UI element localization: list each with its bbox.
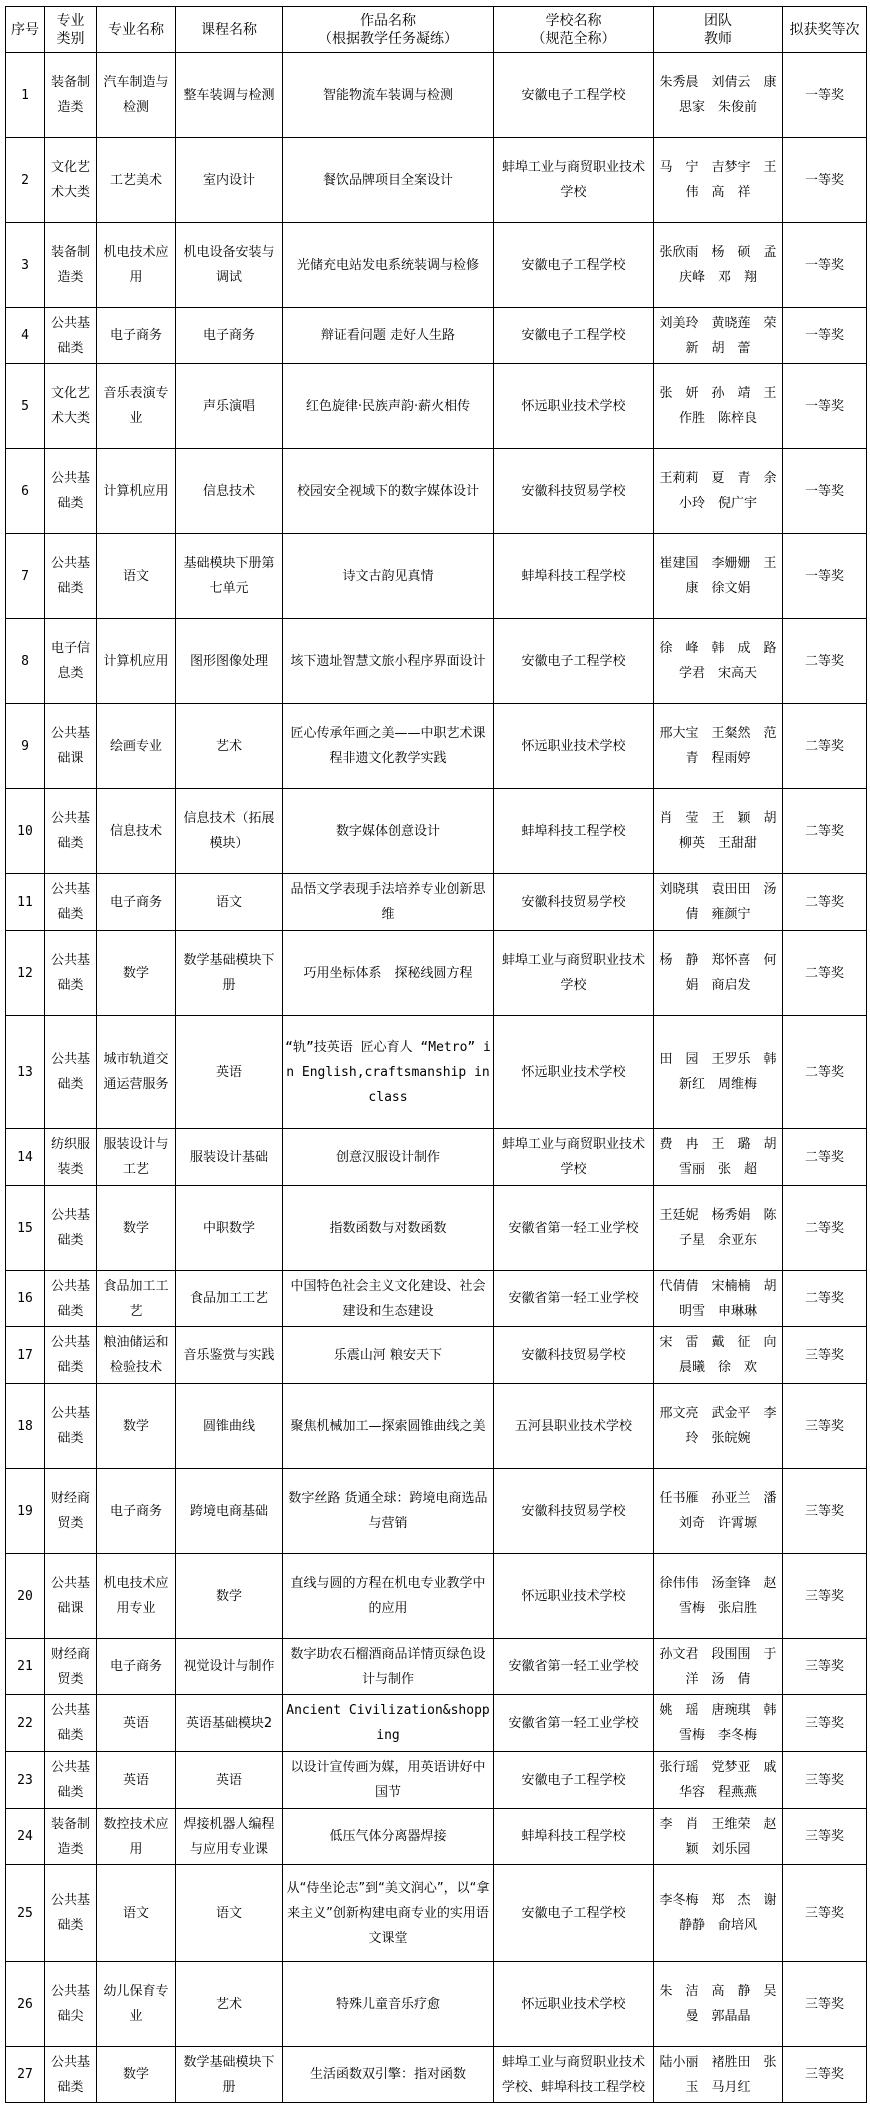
teachers-cell: 代倩倩 宋楠楠 胡明雪 申琳琳 xyxy=(654,1271,783,1327)
teachers-cell: 费 冉 王 璐 胡雪丽 张 超 xyxy=(654,1129,783,1186)
major-cell: 机电技术应用 xyxy=(97,223,176,308)
category-cell: 装备制造类 xyxy=(45,1809,97,1865)
major-cell: 电子商务 xyxy=(97,874,176,931)
award-cell: 三等奖 xyxy=(783,1554,867,1639)
teachers-cell: 张 妍 孙 靖 王作胜 陈梓良 xyxy=(654,364,783,449)
header-work: 作品名称 （根据教学任务凝练） xyxy=(283,7,494,53)
table-row: 22公共基础类英语英语基础模块2Ancient Civilization&sho… xyxy=(6,1695,867,1752)
course-cell: 室内设计 xyxy=(176,138,283,223)
award-cell: 一等奖 xyxy=(783,449,867,534)
major-cell: 语文 xyxy=(97,1865,176,1962)
table-row: 27公共基础类数学数学基础模块下册生活函数双引擎：指对函数蚌埠工业与商贸职业技术… xyxy=(6,2047,867,2103)
major-cell: 电子商务 xyxy=(97,308,176,364)
teachers-cell: 肖 莹 王 颖 胡柳英 王甜甜 xyxy=(654,789,783,874)
school-cell: 安徽电子工程学校 xyxy=(494,223,654,308)
work-cell: 品悟文学表现手法培养专业创新思维 xyxy=(283,874,494,931)
table-row: 17公共基础类粮油储运和检验技术音乐鉴赏与实践乐震山河 粮安天下安徽科技贸易学校… xyxy=(6,1327,867,1384)
school-cell: 安徽电子工程学校 xyxy=(494,1865,654,1962)
school-cell: 安徽省第一轻工业学校 xyxy=(494,1271,654,1327)
work-cell: 数字媒体创意设计 xyxy=(283,789,494,874)
seq-cell: 17 xyxy=(6,1327,45,1384)
category-cell: 公共基础类 xyxy=(45,1695,97,1752)
course-cell: 电子商务 xyxy=(176,308,283,364)
category-cell: 公共基础类 xyxy=(45,1016,97,1129)
teachers-cell: 崔建国 李姗姗 王 康 徐文娟 xyxy=(654,534,783,619)
header-row: 序号 专业 类别 专业名称 课程名称 作品名称 （根据教学任务凝练） 学校名称 … xyxy=(6,7,867,53)
work-cell: 聚焦机械加工—探索圆锥曲线之美 xyxy=(283,1384,494,1469)
table-row: 19财经商贸类电子商务跨境电商基础数字丝路 货通全球：跨境电商选品与营销安徽科技… xyxy=(6,1469,867,1554)
seq-cell: 1 xyxy=(6,53,45,138)
work-cell: Ancient Civilization&shopping xyxy=(283,1695,494,1752)
table-row: 25公共基础类语文语文从“侍坐论志”到“美文润心”，以“拿来主义”创新构建电商专… xyxy=(6,1865,867,1962)
category-cell: 纺织服装类 xyxy=(45,1129,97,1186)
course-cell: 音乐鉴赏与实践 xyxy=(176,1327,283,1384)
award-cell: 三等奖 xyxy=(783,1809,867,1865)
award-cell: 一等奖 xyxy=(783,53,867,138)
table-row: 7公共基础类语文基础模块下册第七单元诗文古韵见真情蚌埠科技工程学校崔建国 李姗姗… xyxy=(6,534,867,619)
school-cell: 安徽电子工程学校 xyxy=(494,619,654,704)
award-cell: 二等奖 xyxy=(783,789,867,874)
award-cell: 二等奖 xyxy=(783,874,867,931)
table-row: 12公共基础类数学数学基础模块下册巧用坐标体系 探秘线圆方程蚌埠工业与商贸职业技… xyxy=(6,931,867,1016)
header-award: 拟获奖等次 xyxy=(783,7,867,53)
major-cell: 数学 xyxy=(97,1384,176,1469)
table-row: 11公共基础类电子商务语文品悟文学表现手法培养专业创新思维安徽科技贸易学校刘晓琪… xyxy=(6,874,867,931)
major-cell: 数学 xyxy=(97,931,176,1016)
award-cell: 三等奖 xyxy=(783,1865,867,1962)
work-cell: 匠心传承年画之美——中职艺术课程非遗文化教学实践 xyxy=(283,704,494,789)
seq-cell: 12 xyxy=(6,931,45,1016)
school-cell: 安徽科技贸易学校 xyxy=(494,1327,654,1384)
seq-cell: 11 xyxy=(6,874,45,931)
teachers-cell: 马 宁 吉梦宇 王 伟 高 祥 xyxy=(654,138,783,223)
teachers-cell: 姚 瑶 唐琬琪 韩雪梅 李冬梅 xyxy=(654,1695,783,1752)
major-cell: 食品加工工艺 xyxy=(97,1271,176,1327)
course-cell: 艺术 xyxy=(176,704,283,789)
award-cell: 一等奖 xyxy=(783,364,867,449)
course-cell: 机电设备安装与调试 xyxy=(176,223,283,308)
category-cell: 公共基础类 xyxy=(45,1327,97,1384)
seq-cell: 14 xyxy=(6,1129,45,1186)
major-cell: 信息技术 xyxy=(97,789,176,874)
course-cell: 英语 xyxy=(176,1016,283,1129)
major-cell: 幼儿保育专业 xyxy=(97,1962,176,2047)
school-cell: 安徽科技贸易学校 xyxy=(494,874,654,931)
major-cell: 英语 xyxy=(97,1695,176,1752)
teachers-cell: 张欣雨 杨 硕 孟庆峰 邓 翔 xyxy=(654,223,783,308)
teachers-cell: 田 园 王罗乐 韩新红 周维梅 xyxy=(654,1016,783,1129)
award-cell: 二等奖 xyxy=(783,1271,867,1327)
category-cell: 公共基础类 xyxy=(45,1865,97,1962)
work-cell: 直线与圆的方程在机电专业教学中的应用 xyxy=(283,1554,494,1639)
award-cell: 二等奖 xyxy=(783,931,867,1016)
course-cell: 跨境电商基础 xyxy=(176,1469,283,1554)
table-row: 5文化艺术大类音乐表演专业声乐演唱红色旋律·民族声韵·薪火相传怀远职业技术学校张… xyxy=(6,364,867,449)
course-cell: 语文 xyxy=(176,1865,283,1962)
award-cell: 三等奖 xyxy=(783,1384,867,1469)
teachers-cell: 徐伟伟 汤奎锋 赵雪梅 张启胜 xyxy=(654,1554,783,1639)
category-cell: 公共基础类 xyxy=(45,449,97,534)
work-cell: 中国特色社会主义文化建设、社会建设和生态建设 xyxy=(283,1271,494,1327)
seq-cell: 8 xyxy=(6,619,45,704)
teachers-cell: 朱 洁 高 静 吴 曼 郭晶晶 xyxy=(654,1962,783,2047)
course-cell: 服装设计基础 xyxy=(176,1129,283,1186)
category-cell: 公共基础类 xyxy=(45,2047,97,2103)
category-cell: 公共基础课 xyxy=(45,704,97,789)
work-cell: 光储充电站发电系统装调与检修 xyxy=(283,223,494,308)
award-cell: 一等奖 xyxy=(783,138,867,223)
teachers-cell: 王廷妮 杨秀娟 陈子星 余亚东 xyxy=(654,1186,783,1271)
header-course: 课程名称 xyxy=(176,7,283,53)
major-cell: 计算机应用 xyxy=(97,449,176,534)
category-cell: 公共基础类 xyxy=(45,1186,97,1271)
header-seq: 序号 xyxy=(6,7,45,53)
award-cell: 二等奖 xyxy=(783,704,867,789)
seq-cell: 27 xyxy=(6,2047,45,2103)
header-school: 学校名称 （规范全称） xyxy=(494,7,654,53)
school-cell: 怀远职业技术学校 xyxy=(494,364,654,449)
teachers-cell: 邢文亮 武金平 李 玲 张皖婉 xyxy=(654,1384,783,1469)
major-cell: 电子商务 xyxy=(97,1469,176,1554)
header-category: 专业 类别 xyxy=(45,7,97,53)
seq-cell: 22 xyxy=(6,1695,45,1752)
award-cell: 三等奖 xyxy=(783,2047,867,2103)
major-cell: 服装设计与工艺 xyxy=(97,1129,176,1186)
work-cell: 红色旋律·民族声韵·薪火相传 xyxy=(283,364,494,449)
major-cell: 城市轨道交通运营服务 xyxy=(97,1016,176,1129)
seq-cell: 26 xyxy=(6,1962,45,2047)
seq-cell: 16 xyxy=(6,1271,45,1327)
teachers-cell: 任书雁 孙亚兰 潘刘奇 许霄塬 xyxy=(654,1469,783,1554)
table-row: 14纺织服装类服装设计与工艺服装设计基础创意汉服设计制作蚌埠工业与商贸职业技术学… xyxy=(6,1129,867,1186)
award-cell: 二等奖 xyxy=(783,619,867,704)
seq-cell: 7 xyxy=(6,534,45,619)
work-cell: 数字丝路 货通全球：跨境电商选品与营销 xyxy=(283,1469,494,1554)
header-teachers: 团队 教师 xyxy=(654,7,783,53)
seq-cell: 24 xyxy=(6,1809,45,1865)
course-cell: 整车装调与检测 xyxy=(176,53,283,138)
seq-cell: 13 xyxy=(6,1016,45,1129)
work-cell: “轨”技英语 匠心育人 “Metro” in English,craftsman… xyxy=(283,1016,494,1129)
teachers-cell: 张行瑶 党梦亚 戚华容 程燕燕 xyxy=(654,1752,783,1809)
header-major: 专业名称 xyxy=(97,7,176,53)
table-row: 9公共基础课绘画专业艺术匠心传承年画之美——中职艺术课程非遗文化教学实践怀远职业… xyxy=(6,704,867,789)
category-cell: 公共基础类 xyxy=(45,789,97,874)
category-cell: 公共基础类 xyxy=(45,534,97,619)
table-row: 13公共基础类城市轨道交通运营服务英语“轨”技英语 匠心育人 “Metro” i… xyxy=(6,1016,867,1129)
seq-cell: 10 xyxy=(6,789,45,874)
table-row: 16公共基础类食品加工工艺食品加工工艺中国特色社会主义文化建设、社会建设和生态建… xyxy=(6,1271,867,1327)
course-cell: 信息技术 xyxy=(176,449,283,534)
table-row: 15公共基础类数学中职数学指数函数与对数函数安徽省第一轻工业学校王廷妮 杨秀娟 … xyxy=(6,1186,867,1271)
category-cell: 公共基础尖 xyxy=(45,1962,97,2047)
school-cell: 怀远职业技术学校 xyxy=(494,1016,654,1129)
major-cell: 语文 xyxy=(97,534,176,619)
work-cell: 生活函数双引擎：指对函数 xyxy=(283,2047,494,2103)
course-cell: 数学基础模块下册 xyxy=(176,2047,283,2103)
school-cell: 安徽电子工程学校 xyxy=(494,53,654,138)
course-cell: 焊接机器人编程与应用专业课 xyxy=(176,1809,283,1865)
category-cell: 公共基础类 xyxy=(45,1384,97,1469)
course-cell: 中职数学 xyxy=(176,1186,283,1271)
category-cell: 公共基础类 xyxy=(45,931,97,1016)
table-row: 18公共基础类数学圆锥曲线聚焦机械加工—探索圆锥曲线之美五河县职业技术学校邢文亮… xyxy=(6,1384,867,1469)
course-cell: 声乐演唱 xyxy=(176,364,283,449)
major-cell: 数控技术应用 xyxy=(97,1809,176,1865)
table-row: 2文化艺术大类工艺美术室内设计餐饮品牌项目全案设计蚌埠工业与商贸职业技术学校马 … xyxy=(6,138,867,223)
table-row: 20公共基础课机电技术应用专业数学直线与圆的方程在机电专业教学中的应用怀远职业技… xyxy=(6,1554,867,1639)
school-cell: 蚌埠工业与商贸职业技术学校、蚌埠科技工程学校 xyxy=(494,2047,654,2103)
table-row: 6公共基础类计算机应用信息技术校园安全视域下的数字媒体设计安徽科技贸易学校王莉莉… xyxy=(6,449,867,534)
teachers-cell: 徐 峰 韩 成 路学君 宋高天 xyxy=(654,619,783,704)
work-cell: 乐震山河 粮安天下 xyxy=(283,1327,494,1384)
work-cell: 低压气体分离器焊接 xyxy=(283,1809,494,1865)
seq-cell: 21 xyxy=(6,1639,45,1695)
course-cell: 语文 xyxy=(176,874,283,931)
course-cell: 数学基础模块下册 xyxy=(176,931,283,1016)
work-cell: 数字助农石榴酒商品详情页绿色设计与制作 xyxy=(283,1639,494,1695)
seq-cell: 23 xyxy=(6,1752,45,1809)
teachers-cell: 宋 雷 戴 征 向晨曦 徐 欢 xyxy=(654,1327,783,1384)
school-cell: 安徽科技贸易学校 xyxy=(494,1469,654,1554)
seq-cell: 9 xyxy=(6,704,45,789)
seq-cell: 6 xyxy=(6,449,45,534)
school-cell: 怀远职业技术学校 xyxy=(494,1962,654,2047)
category-cell: 文化艺术大类 xyxy=(45,138,97,223)
table-row: 1装备制造类汽车制造与检测整车装调与检测智能物流车装调与检测安徽电子工程学校朱秀… xyxy=(6,53,867,138)
seq-cell: 25 xyxy=(6,1865,45,1962)
major-cell: 英语 xyxy=(97,1752,176,1809)
course-cell: 英语基础模块2 xyxy=(176,1695,283,1752)
seq-cell: 20 xyxy=(6,1554,45,1639)
seq-cell: 5 xyxy=(6,364,45,449)
award-cell: 一等奖 xyxy=(783,223,867,308)
teachers-cell: 邢大宝 王粲然 范 青 程雨婷 xyxy=(654,704,783,789)
category-cell: 装备制造类 xyxy=(45,223,97,308)
category-cell: 公共基础类 xyxy=(45,874,97,931)
seq-cell: 15 xyxy=(6,1186,45,1271)
school-cell: 蚌埠科技工程学校 xyxy=(494,1809,654,1865)
teachers-cell: 孙文君 段围围 于 洋 汤 倩 xyxy=(654,1639,783,1695)
school-cell: 安徽省第一轻工业学校 xyxy=(494,1695,654,1752)
school-cell: 蚌埠工业与商贸职业技术学校 xyxy=(494,138,654,223)
major-cell: 机电技术应用专业 xyxy=(97,1554,176,1639)
table-row: 23公共基础类英语英语以设计宣传画为媒，用英语讲好中国节安徽电子工程学校张行瑶 … xyxy=(6,1752,867,1809)
work-cell: 校园安全视域下的数字媒体设计 xyxy=(283,449,494,534)
awards-table: 序号 专业 类别 专业名称 课程名称 作品名称 （根据教学任务凝练） 学校名称 … xyxy=(5,6,867,2103)
category-cell: 财经商贸类 xyxy=(45,1469,97,1554)
major-cell: 电子商务 xyxy=(97,1639,176,1695)
teachers-cell: 朱秀晨 刘倩云 康思家 朱俊前 xyxy=(654,53,783,138)
category-cell: 电子信息类 xyxy=(45,619,97,704)
school-cell: 怀远职业技术学校 xyxy=(494,1554,654,1639)
work-cell: 巧用坐标体系 探秘线圆方程 xyxy=(283,931,494,1016)
award-cell: 三等奖 xyxy=(783,1327,867,1384)
course-cell: 圆锥曲线 xyxy=(176,1384,283,1469)
seq-cell: 19 xyxy=(6,1469,45,1554)
table-row: 3装备制造类机电技术应用机电设备安装与调试光储充电站发电系统装调与检修安徽电子工… xyxy=(6,223,867,308)
work-cell: 从“侍坐论志”到“美文润心”，以“拿来主义”创新构建电商专业的实用语文课堂 xyxy=(283,1865,494,1962)
seq-cell: 2 xyxy=(6,138,45,223)
table-row: 8电子信息类计算机应用图形图像处理垓下遗址智慧文旅小程序界面设计安徽电子工程学校… xyxy=(6,619,867,704)
major-cell: 计算机应用 xyxy=(97,619,176,704)
school-cell: 怀远职业技术学校 xyxy=(494,704,654,789)
award-cell: 三等奖 xyxy=(783,1469,867,1554)
award-cell: 一等奖 xyxy=(783,534,867,619)
work-cell: 餐饮品牌项目全案设计 xyxy=(283,138,494,223)
seq-cell: 3 xyxy=(6,223,45,308)
major-cell: 音乐表演专业 xyxy=(97,364,176,449)
teachers-cell: 李冬梅 郑 杰 谢静静 俞培风 xyxy=(654,1865,783,1962)
course-cell: 艺术 xyxy=(176,1962,283,2047)
table-row: 21财经商贸类电子商务视觉设计与制作数字助农石榴酒商品详情页绿色设计与制作安徽省… xyxy=(6,1639,867,1695)
award-cell: 三等奖 xyxy=(783,1962,867,2047)
school-cell: 蚌埠科技工程学校 xyxy=(494,534,654,619)
award-cell: 一等奖 xyxy=(783,308,867,364)
course-cell: 基础模块下册第七单元 xyxy=(176,534,283,619)
work-cell: 指数函数与对数函数 xyxy=(283,1186,494,1271)
school-cell: 安徽省第一轻工业学校 xyxy=(494,1186,654,1271)
category-cell: 文化艺术大类 xyxy=(45,364,97,449)
major-cell: 数学 xyxy=(97,2047,176,2103)
table-row: 4公共基础类电子商务电子商务辩证看问题 走好人生路安徽电子工程学校刘美玲 黄晓莲… xyxy=(6,308,867,364)
work-cell: 智能物流车装调与检测 xyxy=(283,53,494,138)
school-cell: 安徽电子工程学校 xyxy=(494,1752,654,1809)
school-cell: 安徽省第一轻工业学校 xyxy=(494,1639,654,1695)
course-cell: 食品加工工艺 xyxy=(176,1271,283,1327)
teachers-cell: 刘美玲 黄晓莲 荣 新 胡 蕾 xyxy=(654,308,783,364)
work-cell: 辩证看问题 走好人生路 xyxy=(283,308,494,364)
category-cell: 公共基础类 xyxy=(45,1271,97,1327)
award-cell: 三等奖 xyxy=(783,1639,867,1695)
major-cell: 绘画专业 xyxy=(97,704,176,789)
course-cell: 图形图像处理 xyxy=(176,619,283,704)
seq-cell: 18 xyxy=(6,1384,45,1469)
major-cell: 粮油储运和检验技术 xyxy=(97,1327,176,1384)
school-cell: 安徽电子工程学校 xyxy=(494,308,654,364)
teachers-cell: 陆小丽 褚胜田 张 玉 马月红 xyxy=(654,2047,783,2103)
major-cell: 工艺美术 xyxy=(97,138,176,223)
award-cell: 二等奖 xyxy=(783,1129,867,1186)
award-cell: 二等奖 xyxy=(783,1186,867,1271)
award-cell: 三等奖 xyxy=(783,1695,867,1752)
work-cell: 垓下遗址智慧文旅小程序界面设计 xyxy=(283,619,494,704)
category-cell: 公共基础课 xyxy=(45,1554,97,1639)
teachers-cell: 杨 静 郑怀喜 何 娟 商启发 xyxy=(654,931,783,1016)
work-cell: 以设计宣传画为媒，用英语讲好中国节 xyxy=(283,1752,494,1809)
school-cell: 蚌埠工业与商贸职业技术学校 xyxy=(494,1129,654,1186)
table-row: 10公共基础类信息技术信息技术（拓展模块）数字媒体创意设计蚌埠科技工程学校肖 莹… xyxy=(6,789,867,874)
work-cell: 诗文古韵见真情 xyxy=(283,534,494,619)
school-cell: 蚌埠科技工程学校 xyxy=(494,789,654,874)
course-cell: 信息技术（拓展模块） xyxy=(176,789,283,874)
category-cell: 公共基础类 xyxy=(45,308,97,364)
category-cell: 公共基础类 xyxy=(45,1752,97,1809)
school-cell: 安徽科技贸易学校 xyxy=(494,449,654,534)
school-cell: 蚌埠工业与商贸职业技术学校 xyxy=(494,931,654,1016)
major-cell: 汽车制造与检测 xyxy=(97,53,176,138)
category-cell: 装备制造类 xyxy=(45,53,97,138)
teachers-cell: 刘晓琪 袁田田 汤 倩 雍颜宁 xyxy=(654,874,783,931)
teachers-cell: 李 肖 王维荣 赵 颖 刘乐园 xyxy=(654,1809,783,1865)
work-cell: 创意汉服设计制作 xyxy=(283,1129,494,1186)
course-cell: 数学 xyxy=(176,1554,283,1639)
course-cell: 视觉设计与制作 xyxy=(176,1639,283,1695)
work-cell: 特殊儿童音乐疗愈 xyxy=(283,1962,494,2047)
category-cell: 财经商贸类 xyxy=(45,1639,97,1695)
award-cell: 三等奖 xyxy=(783,1752,867,1809)
table-row: 26公共基础尖幼儿保育专业艺术特殊儿童音乐疗愈怀远职业技术学校朱 洁 高 静 吴… xyxy=(6,1962,867,2047)
award-cell: 二等奖 xyxy=(783,1016,867,1129)
course-cell: 英语 xyxy=(176,1752,283,1809)
table-row: 24装备制造类数控技术应用焊接机器人编程与应用专业课低压气体分离器焊接蚌埠科技工… xyxy=(6,1809,867,1865)
seq-cell: 4 xyxy=(6,308,45,364)
teachers-cell: 王莉莉 夏 青 余小玲 倪广宇 xyxy=(654,449,783,534)
major-cell: 数学 xyxy=(97,1186,176,1271)
school-cell: 五河县职业技术学校 xyxy=(494,1384,654,1469)
